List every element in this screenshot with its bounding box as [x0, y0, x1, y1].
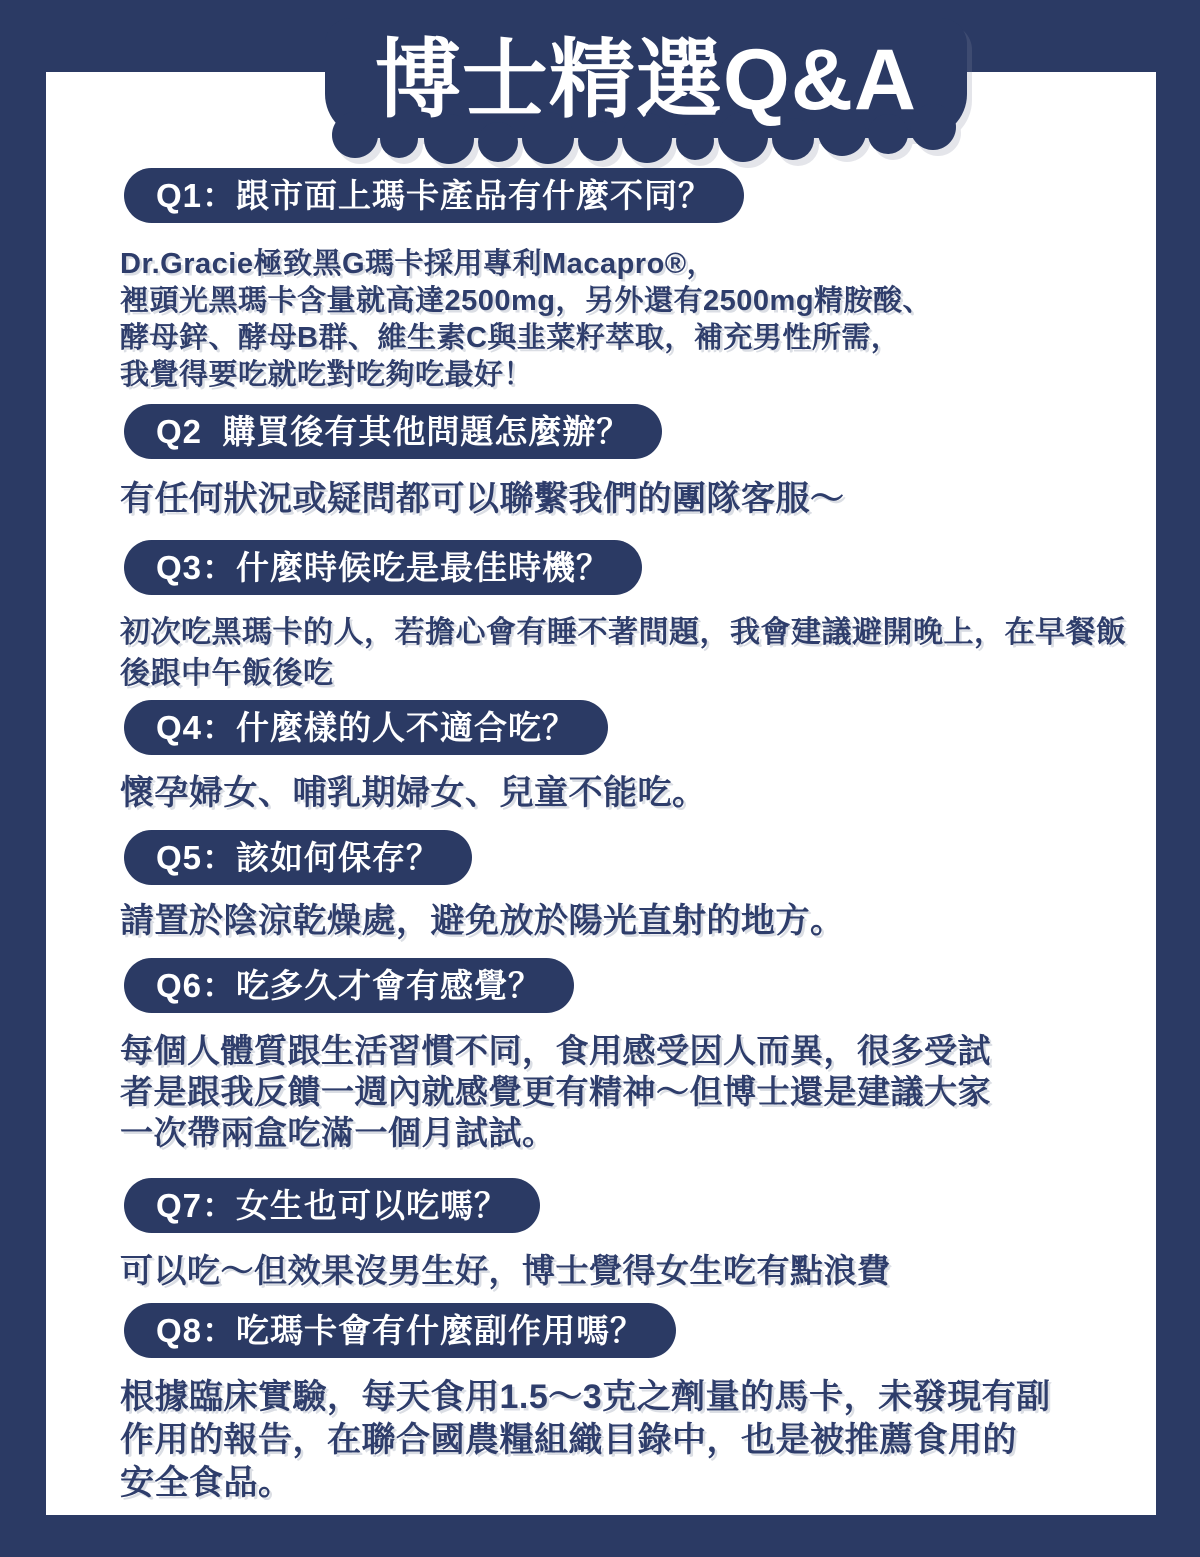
question-pill-q3: Q3：什麼時候吃是最佳時機？: [124, 540, 642, 595]
answer-text-q2: 有任何狀況或疑問都可以聯繫我們的團隊客服～: [120, 478, 1135, 520]
question-pill-q6: Q6：吃多久才會有感覺？: [124, 958, 574, 1013]
frame-left-band: [0, 0, 46, 1557]
frame-right-band: [1156, 0, 1200, 1557]
question-pill-q2: Q2 購買後有其他問題怎麼辦？: [124, 404, 662, 459]
title-banner: 博士精選Q&A: [0, 0, 1200, 190]
answer-text-q8: 根據臨床實驗，每天食用1.5～3克之劑量的馬卡，未發現有副 作用的報告，在聯合國…: [120, 1376, 1135, 1505]
answer-text-q7: 可以吃～但效果沒男生好，博士覺得女生吃有點浪費: [120, 1250, 1135, 1292]
question-pill-q1: Q1：跟市面上瑪卡產品有什麼不同？: [124, 168, 744, 223]
answer-text-q4: 懷孕婦女、哺乳期婦女、兒童不能吃。: [120, 772, 1135, 814]
question-pill-q8: Q8：吃瑪卡會有什麼副作用嗎？: [124, 1303, 676, 1358]
frame-bottom-band: [0, 1515, 1200, 1557]
question-pill-q4: Q4：什麼樣的人不適合吃？: [124, 700, 608, 755]
page-title: 博士精選Q&A: [318, 24, 974, 136]
question-pill-q7: Q7：女生也可以吃嗎？: [124, 1178, 540, 1233]
question-pill-q5: Q5：該如何保存？: [124, 830, 472, 885]
answer-text-q1: Dr.Gracie極致黑G瑪卡採用專利Macapro®， 裡頭光黑瑪卡含量就高達…: [120, 246, 1135, 394]
answer-text-q3: 初次吃黑瑪卡的人，若擔心會有睡不著問題，我會建議避開晚上，在早餐飯 後跟中午飯後…: [120, 612, 1152, 694]
qa-infographic-page: 博士精選Q&A Q1：跟市面上瑪卡產品有什麼不同？ Dr.Gracie極致黑G瑪…: [0, 0, 1200, 1557]
answer-text-q6: 每個人體質跟生活習慣不同，食用感受因人而異，很多受試 者是跟我反饋一週內就感覺更…: [120, 1030, 1135, 1153]
answer-text-q5: 請置於陰涼乾燥處，避免放於陽光直射的地方。: [120, 900, 1135, 942]
